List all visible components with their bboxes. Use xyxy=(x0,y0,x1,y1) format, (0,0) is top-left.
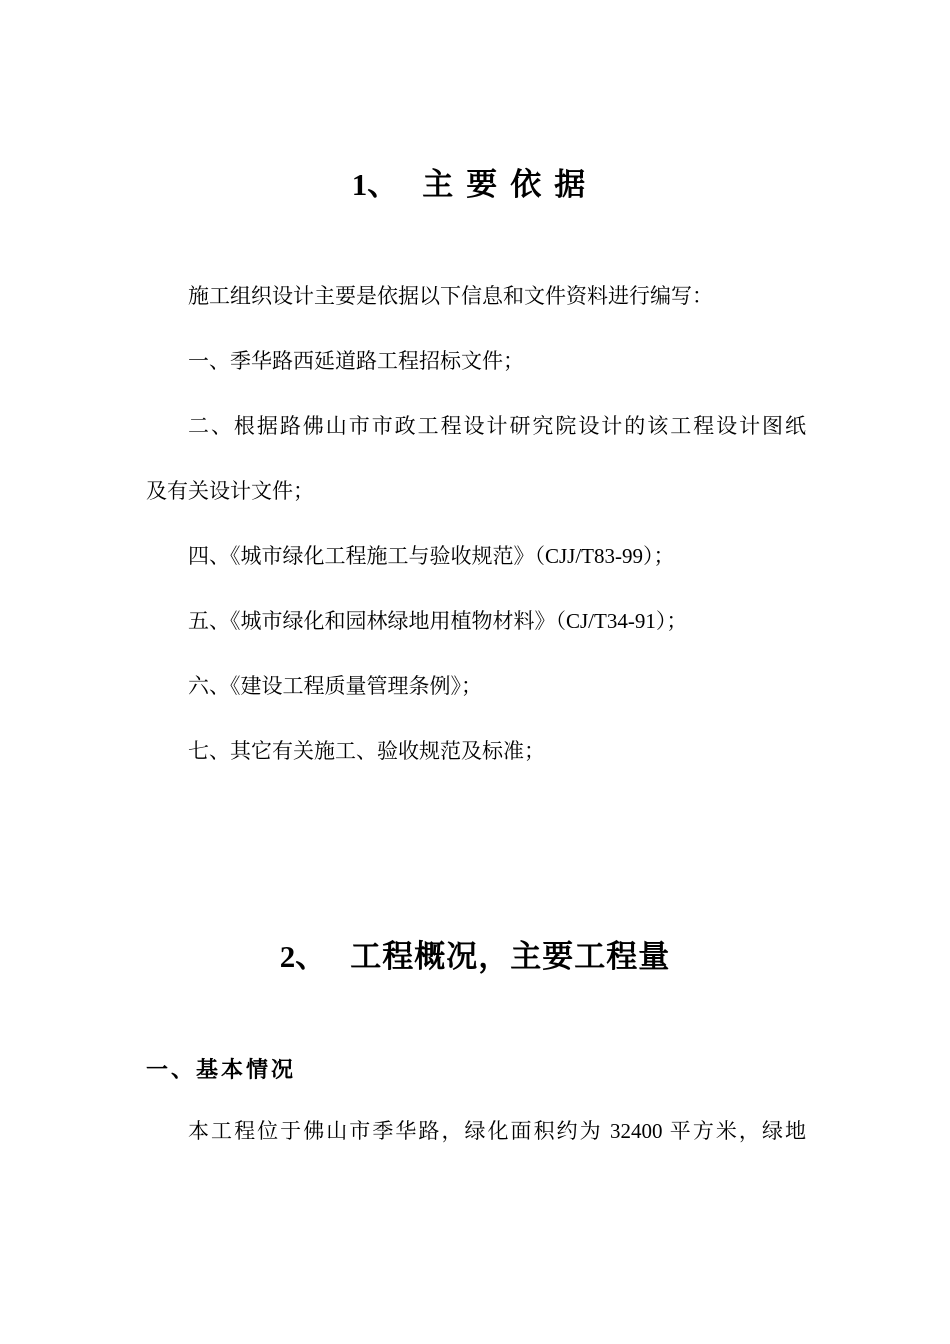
paragraph-line: 二、根据路佛山市市政工程设计研究院设计的该工程设计图纸 xyxy=(146,394,806,459)
section-2-heading-number: 2、 xyxy=(280,938,327,975)
document-page: 1、主要依据 施工组织设计主要是依据以下信息和文件资料进行编写： 一、季华路西延… xyxy=(0,0,950,1344)
paragraph-line: 本工程位于佛山市季华路，绿化面积约为 32400 平方米，绿地 xyxy=(146,1099,806,1164)
section-1-heading: 1、主要依据 xyxy=(0,0,950,203)
paragraph-line: 施工组织设计主要是依据以下信息和文件资料进行编写： xyxy=(146,264,806,329)
paragraph-line: 七、其它有关施工、验收规范及标准； xyxy=(146,719,806,784)
paragraph-line: 五、《城市绿化和园林绿地用植物材料》（CJ/T34-91）； xyxy=(146,589,806,654)
section-1-body: 施工组织设计主要是依据以下信息和文件资料进行编写： 一、季华路西延道路工程招标文… xyxy=(146,264,806,784)
paragraph-line: 一、季华路西延道路工程招标文件； xyxy=(146,329,806,394)
section-1-heading-title: 主要依据 xyxy=(422,167,598,202)
paragraph-line: 四、《城市绿化工程施工与验收规范》（CJJ/T83-99）； xyxy=(146,524,806,589)
section-2-body: 一、基本情况 本工程位于佛山市季华路，绿化面积约为 32400 平方米，绿地 xyxy=(146,1057,806,1164)
section-1-heading-number: 1、 xyxy=(352,166,399,203)
paragraph-line: 及有关设计文件； xyxy=(146,459,806,524)
paragraph-line: 六、《建设工程质量管理条例》； xyxy=(146,654,806,719)
subsection-heading: 一、基本情况 xyxy=(146,1057,806,1083)
section-2-heading: 2、工程概况，主要工程量 xyxy=(0,938,950,975)
section-2-heading-title: 工程概况，主要工程量 xyxy=(350,939,670,974)
